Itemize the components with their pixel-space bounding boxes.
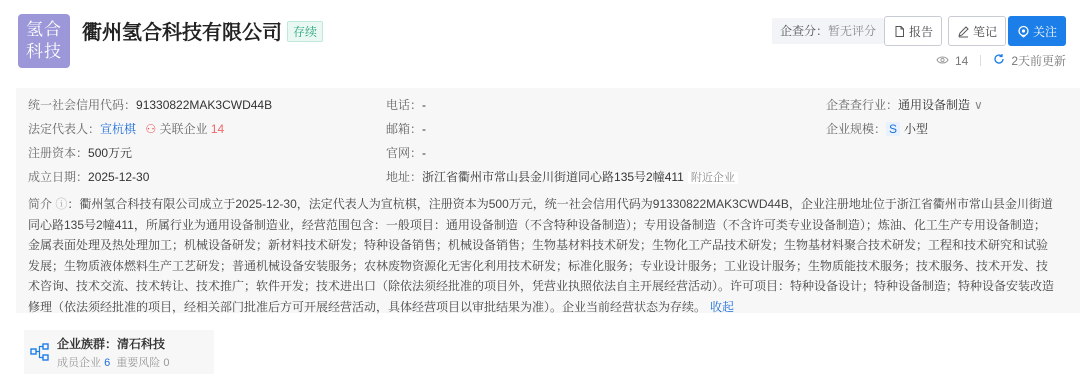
score-badge[interactable]: 企查分：暂无评分 [772,18,884,44]
risk-label: 重要风险 [116,357,160,369]
intro-text: ：衢州氢合科技有限公司成立于2025-12-30，法定代表人为宣杭棋，注册资本为… [28,197,1054,314]
capital-label: 注册资本： [28,146,88,160]
info-panel: 统一社会信用代码：91330822MAK3CWD44B 法定代表人：宣杭棋 ⚇ … [16,88,1080,313]
divider [980,55,981,66]
email-value: - [422,122,426,136]
group-network-icon [30,342,50,365]
related-label: 关联企业 [159,122,207,136]
group-subinfo: 成员企业 6 重要风险 0 [57,354,170,370]
nearby-companies-link[interactable]: 附近企业 [688,172,738,184]
address-label: 地址： [386,170,422,184]
document-icon [893,25,906,38]
members-label: 成员企业 [57,357,101,369]
members-count: 6 [104,357,110,369]
website-value: - [422,146,426,160]
address-row: 地址：浙江省衢州市常山县金川街道同心路135号2幢411附近企业 [386,168,738,185]
phone-row: 电话：- [386,96,426,113]
pen-icon [957,25,970,38]
legal-rep-link[interactable]: 宣杭棋 [100,122,136,136]
view-count: 14 [955,54,968,68]
founded-row: 成立日期：2025-12-30 [28,168,149,185]
legal-rep-label: 法定代表人： [28,122,100,136]
related-icon: ⚇ [145,122,156,136]
email-row: 邮箱：- [386,120,426,137]
logo-line-2: 科技 [26,41,62,63]
industry-row: 企查查行业：通用设备制造∨ [826,96,983,113]
refresh-icon[interactable] [993,53,1005,68]
legal-rep-row: 法定代表人：宣杭棋 ⚇ 关联企业 14 [28,120,224,137]
logo-line-1: 氢合 [26,19,62,41]
email-label: 邮箱： [386,122,422,136]
scale-value: 小型 [904,122,928,136]
report-button[interactable]: 报告 [884,16,942,46]
address-value[interactable]: 浙江省衢州市常山县金川街道同心路135号2幢411 [422,170,684,184]
company-logo: 氢合 科技 [18,14,70,68]
updated-text: 2天前更新 [1011,52,1066,69]
credit-code-label: 统一社会信用代码： [28,98,136,112]
website-row: 官网：- [386,144,426,161]
phone-value: - [422,98,426,112]
company-intro: 简介 ⓘ：衢州氢合科技有限公司成立于2025-12-30，法定代表人为宣杭棋，注… [28,194,1056,317]
note-button[interactable]: 笔记 [948,16,1006,46]
industry-label: 企查查行业： [826,98,898,112]
credit-code-value[interactable]: 91330822MAK3CWD44B [136,98,272,112]
founded-value: 2025-12-30 [88,170,149,184]
industry-value[interactable]: 通用设备制造 [898,98,970,112]
eye-icon [936,54,949,68]
follow-button[interactable]: 关注 [1008,16,1066,46]
collapse-link[interactable]: 收起 [710,300,734,314]
phone-label: 电话： [386,98,422,112]
score-value: 暂无评分 [828,24,876,38]
follow-icon [1017,25,1030,38]
note-label: 笔记 [973,23,997,40]
credit-code-row: 统一社会信用代码：91330822MAK3CWD44B [28,96,272,113]
status-badge: 存续 [287,21,323,42]
capital-row: 注册资本：500万元 [28,144,132,161]
intro-label: 简介 [28,197,52,211]
report-label: 报告 [909,23,933,40]
risk-count: 0 [163,357,169,369]
company-name: 衢州氢合科技有限公司 [82,16,282,45]
enterprise-group-card[interactable]: 企业族群：清石科技 成员企业 6 重要风险 0 [24,330,214,374]
related-count: 14 [211,122,224,136]
related-companies-link[interactable]: ⚇ 关联企业 14 [145,122,224,136]
info-icon: ⓘ [52,197,67,211]
score-label: 企查分： [780,24,828,38]
founded-label: 成立日期： [28,170,88,184]
group-title: 企业族群：清石科技 [57,335,165,352]
meta-stats: 14 2天前更新 [936,52,1066,69]
website-label: 官网： [386,146,422,160]
follow-label: 关注 [1033,23,1057,40]
capital-value: 500万元 [88,146,132,160]
scale-row: 企业规模：S小型 [826,120,928,137]
scale-label: 企业规模： [826,122,886,136]
scale-tag: S [886,122,900,136]
chevron-down-icon[interactable]: ∨ [974,98,983,112]
